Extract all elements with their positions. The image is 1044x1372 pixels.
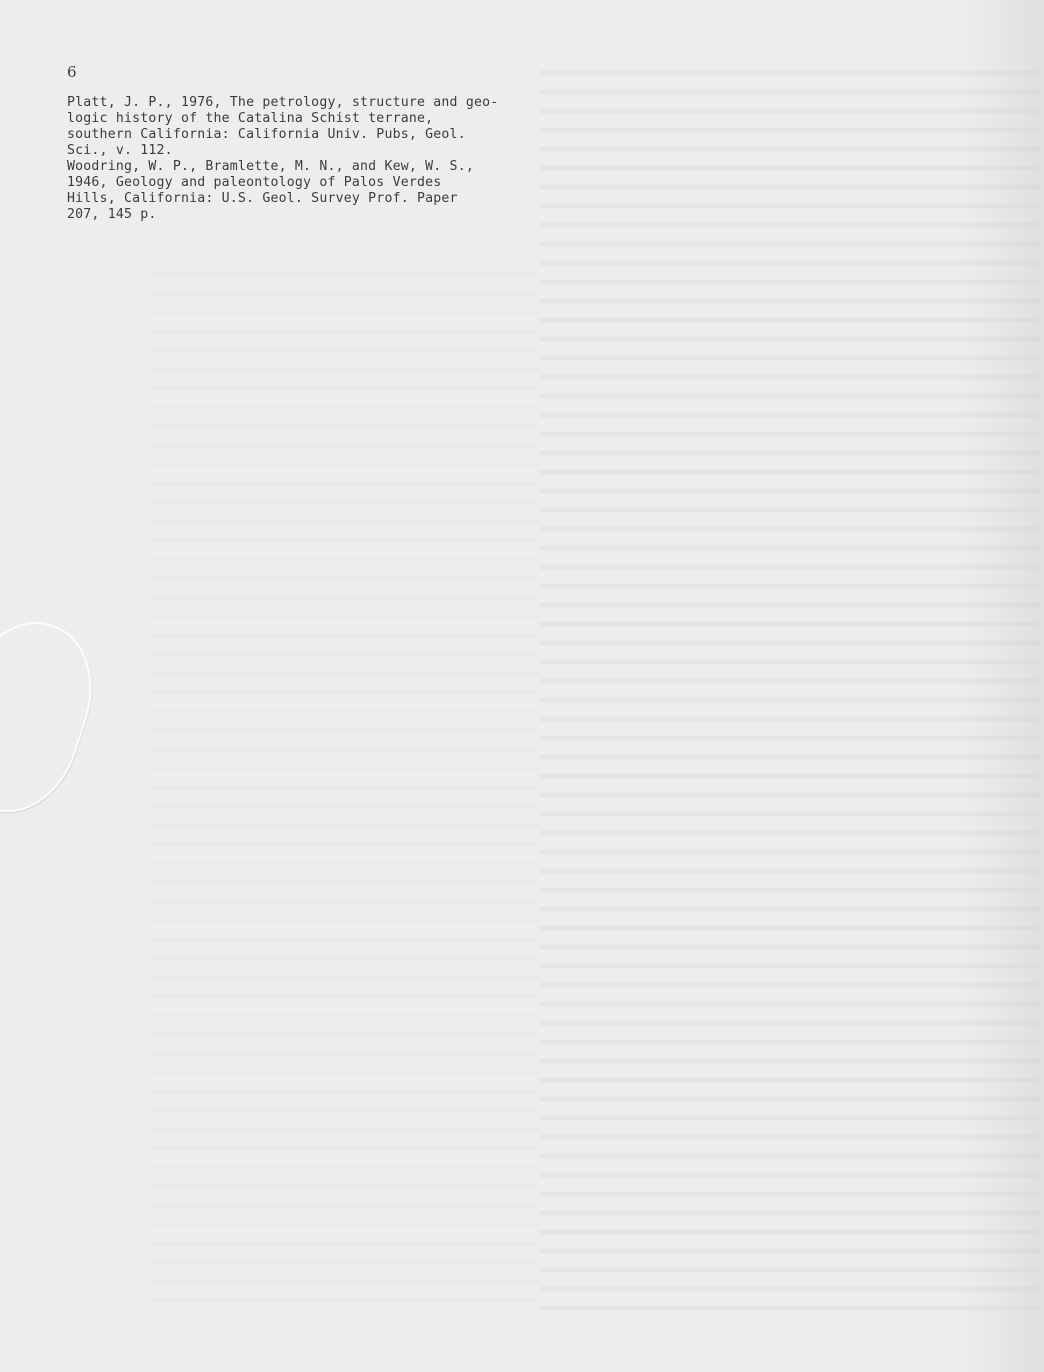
reference-line: logic history of the Catalina Schist ter… — [93, 111, 537, 127]
bleed-through-texture-left — [150, 260, 540, 1310]
document-page: 6 Platt, J. P., 1976, The petrology, str… — [0, 0, 1044, 1372]
page-number: 6 — [67, 63, 77, 81]
reference-line: Hills, California: U.S. Geol. Survey Pro… — [93, 191, 537, 207]
reference-list: Platt, J. P., 1976, The petrology, struc… — [67, 95, 537, 223]
reference-line: Platt, J. P., 1976, The petrology, struc… — [93, 95, 537, 111]
reference-line: southern California: California Univ. Pu… — [93, 127, 537, 143]
reference-line: 1946, Geology and paleontology of Palos … — [93, 175, 537, 191]
reference-line: Sci., v. 112. — [93, 143, 537, 159]
reference-entry-woodring: Woodring, W. P., Bramlette, M. N., and K… — [67, 159, 537, 223]
paper-clip-impression — [0, 606, 111, 829]
reference-line: Woodring, W. P., Bramlette, M. N., and K… — [93, 159, 537, 175]
bleed-through-texture — [540, 60, 1040, 1310]
reference-entry-platt: Platt, J. P., 1976, The petrology, struc… — [67, 95, 537, 159]
reference-line: 207, 145 p. — [93, 207, 537, 223]
